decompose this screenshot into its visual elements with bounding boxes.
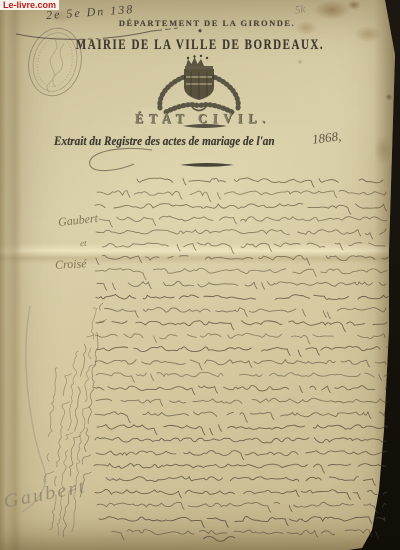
pencil-note: 5k	[294, 3, 306, 16]
extrait-subtitle: Extrait du Registre des actes de mariage…	[54, 134, 275, 149]
document-paper-sheet	[0, 0, 400, 550]
scanned-document-photo: 2e 5e Dn 138 5k DÉPARTEMENT DE LA GIROND…	[0, 0, 400, 550]
margin-bride-name: Croisé	[55, 256, 87, 273]
site-watermark: Le-livre.com	[0, 0, 59, 10]
etat-civil-heading: ÉTAT CIVIL.	[135, 111, 271, 127]
margin-conjunction: et	[80, 238, 87, 248]
mairie-title: MAIRIE DE LA VILLE DE BORDEAUX.	[76, 37, 324, 54]
printer-ornament-icon: ◆	[198, 28, 202, 34]
department-heading: DÉPARTEMENT DE LA GIRONDE.	[119, 18, 295, 28]
